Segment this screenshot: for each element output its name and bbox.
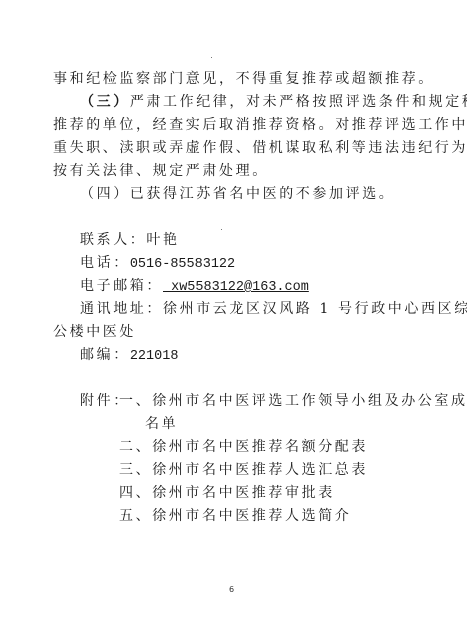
attachment-item-cont: 名单 [145, 416, 178, 432]
contact-person: 联系人：叶艳 [80, 232, 180, 248]
paragraph-line: 按有关法律、规定严肃处理。 [53, 163, 269, 179]
scan-speck [211, 57, 212, 58]
paragraph-line: 重失职、渎职或弄虚作假、借机谋取私利等违法违纪行为的， [53, 140, 467, 156]
paragraph-line: （四）已获得江苏省名中医的不参加评选。 [80, 186, 395, 202]
paragraph-line: 推荐的单位，经查实后取消推荐资格。对推荐评选工作中有严 [53, 117, 467, 133]
scan-speck [221, 229, 222, 230]
contact-address: 通讯地址：徐州市云龙区汉风路 1 号行政中心西区综合办 [80, 301, 467, 317]
attachment-item: 二、徐州市名中医推荐名额分配表 [119, 439, 368, 455]
contact-postcode: 邮编：221018 [80, 347, 178, 365]
attachment-item: 一、徐州市名中医评选工作领导小组及办公室成员 [119, 393, 467, 409]
paragraph-line: （三）严肃工作纪律，对未严格按照评选条件和规定程序 [80, 94, 467, 110]
page-number: 6 [229, 585, 234, 594]
attachment-item: 四、徐州市名中医推荐审批表 [119, 485, 335, 501]
email-link[interactable]: xw5583122@163.com [163, 280, 309, 295]
attachment-item: 三、徐州市名中医推荐人选汇总表 [119, 462, 368, 478]
contact-address-cont: 公楼中医处 [53, 324, 136, 340]
section-label: （三） [80, 94, 130, 110]
contact-phone: 电话：0516-85583122 [80, 255, 235, 273]
contact-email: 电子邮箱： xw5583122@163.com [80, 278, 309, 296]
attachment-item: 五、徐州市名中医推荐人选简介 [119, 508, 351, 524]
paragraph-line: 事和纪检监察部门意见，不得重复推荐或超额推荐。 [53, 71, 435, 87]
